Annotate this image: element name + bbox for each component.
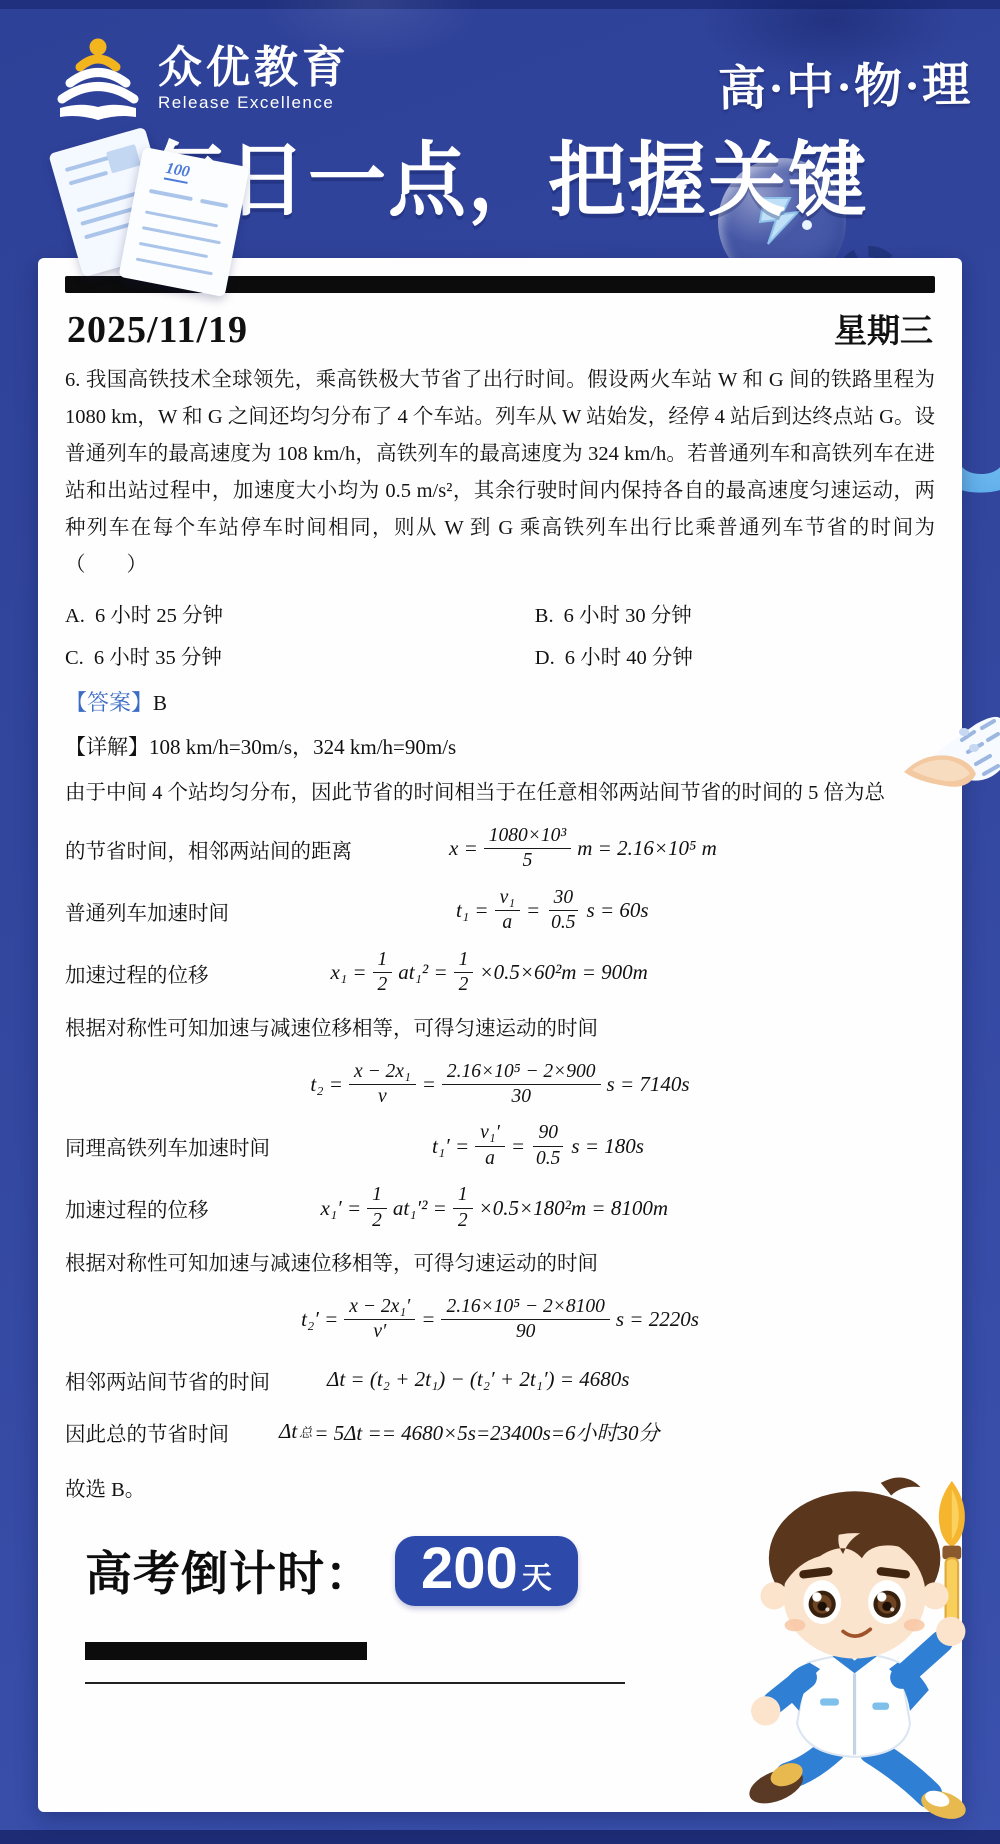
formula-accel-time: t₁ =v₁a=300.5s = 60s (454, 887, 651, 935)
solution-row-total-saved: 因此总的节省时间 Δt总 = 5Δt == 4680×5s=23400s=6小时… (65, 1410, 935, 1454)
options-grid: A.6 小时 25 分钟 B.6 小时 30 分钟 C.6 小时 35 分钟 D… (65, 598, 935, 670)
countdown-label: 高考倒计时： (85, 1537, 373, 1604)
formula-uniform-time: t₂ =x − 2x₁v=2.16×10⁵ − 2×90030s = 7140s (308, 1061, 691, 1109)
detail-tag: 【详解】 (65, 735, 149, 759)
brand-slogan: Release Excellence (158, 93, 350, 113)
problem-text: 我国高铁技术全球领先，乘高铁极大节省了出行时间。假设两火车站 W 和 G 间的铁… (65, 369, 935, 576)
subject-title: 高·中·物·理 (717, 46, 972, 119)
solution-row-accel-disp: 加速过程的位移 x₁ =12at₁² =12×0.5×60²m = 900m (65, 949, 935, 997)
brand-name: 众优教育 (158, 45, 350, 91)
bottom-border-strip (0, 1830, 1000, 1844)
eye-left (803, 1580, 841, 1624)
solution-row-distance: 的节省时间，相邻两站间的距离 x =1080×10³5m = 2.16×10⁵ … (65, 825, 935, 873)
detail-row: 【详解】108 km/h=30m/s，324 km/h=90m/s (65, 731, 935, 761)
symmetry-note-2: 根据对称性可知加速与减速位移相等，可得匀速运动的时间 (65, 1246, 935, 1282)
date-row: 2025/11/19 星期三 (65, 305, 935, 352)
footer-thin-line (85, 1682, 625, 1684)
formula-hs-accel-disp: x₁′ =12at₁′² =12×0.5×180²m = 8100m (319, 1184, 670, 1232)
formula-accel-disp: x₁ =12at₁² =12×0.5×60²m = 900m (329, 949, 650, 997)
detail-intro: 108 km/h=30m/s，324 km/h=90m/s (149, 735, 456, 759)
brush-icon (939, 1481, 965, 1640)
answer-tag: 【答案】 (65, 690, 153, 715)
formula-hs-accel-time: t₁′ =v₁′a=900.5s = 180s (430, 1122, 646, 1170)
mascot-boy-illustration (728, 1462, 1000, 1828)
eye-right (868, 1580, 906, 1624)
formula-saved-per-segment: Δt = (t₂ + 2t₁) − (t₂′ + 2t₁′) = 4680s (325, 1367, 631, 1392)
date: 2025/11/19 (67, 308, 248, 352)
formula-distance: x =1080×10³5m = 2.16×10⁵ m (447, 825, 719, 873)
brand-logo-icon (52, 36, 144, 122)
option-b: B.6 小时 30 分钟 (535, 598, 935, 628)
answer-row: 【答案】B (65, 686, 935, 717)
brand-logo: 众优教育 Release Excellence (52, 36, 350, 122)
formula-hs-uniform-time: t₂′ =x − 2x₁′v′=2.16×10⁵ − 2×810090s = 2… (299, 1296, 701, 1344)
solution-row-hs-accel-disp: 加速过程的位移 x₁′ =12at₁′² =12×0.5×180²m = 810… (65, 1184, 935, 1232)
option-d: D.6 小时 40 分钟 (535, 640, 935, 670)
paper-sheet-icon: 100 (118, 147, 249, 297)
symmetry-note-1: 根据对称性可知加速与减速位移相等，可得匀速运动的时间 (65, 1011, 935, 1047)
problem-statement: 6. 我国高铁技术全球领先，乘高铁极大节省了出行时间。假设两火车站 W 和 G … (65, 362, 935, 584)
formula-total-saved: Δt总 = 5Δt == 4680×5s=23400s=6小时30分 (277, 1417, 661, 1447)
solution-row-saved-per-segment: 相邻两站间节省的时间 Δt = (t₂ + 2t₁) − (t₂′ + 2t₁′… (65, 1358, 935, 1402)
exam-papers-icon: 100 (52, 128, 262, 278)
countdown-unit: 天 (522, 1553, 552, 1597)
distribution-paragraph: 由于中间 4 个站均匀分布，因此节省的时间相当于在任意相邻两站间节省的时间的 5… (65, 775, 935, 811)
solution-row-uniform-time: t₂ =x − 2x₁v=2.16×10⁵ − 2×90030s = 7140s (65, 1061, 935, 1109)
weekday: 星期三 (834, 305, 933, 352)
option-c: C.6 小时 35 分钟 (65, 640, 535, 670)
solution-row-hs-accel-time: 同理高铁列车加速时间 t₁′ =v₁′a=900.5s = 180s (65, 1122, 935, 1170)
countdown-days: 200 (421, 1538, 518, 1600)
answer-value: B (153, 691, 167, 715)
option-a: A.6 小时 25 分钟 (65, 598, 535, 628)
paper-score-label: 100 (164, 160, 191, 184)
curled-paper-icon (898, 694, 1000, 798)
solution-row-accel-time: 普通列车加速时间 t₁ =v₁a=300.5s = 60s (65, 887, 935, 935)
problem-number: 6. (65, 369, 80, 391)
footer-thick-bar (85, 1642, 367, 1660)
countdown-badge: 200 天 (395, 1536, 578, 1606)
solution-row-hs-uniform-time: t₂′ =x − 2x₁′v′=2.16×10⁵ − 2×810090s = 2… (65, 1296, 935, 1344)
